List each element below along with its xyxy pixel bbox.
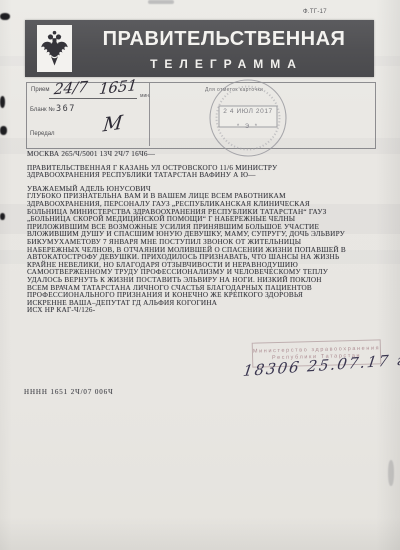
stamp-code: * Э * [207, 124, 289, 130]
scan-artifact [0, 96, 5, 108]
coat-of-arms [37, 25, 72, 72]
routing-line: МОСКВА 265/Ч/5001 13Ч 2Ч/7 16Ч6— [27, 151, 387, 159]
priem-label: Прием [31, 87, 49, 93]
address-block: ПРАВИТЕЛЬСТВЕННАЯ Г КАЗАНЬ УЛ ОСТРОВСКОГ… [27, 165, 387, 180]
telegram-text: МОСКВА 265/Ч/5001 13Ч 2Ч/7 16Ч6— ПРАВИТЕ… [27, 151, 387, 315]
form-divider [149, 83, 150, 146]
blank-number-label: Бланк № [30, 107, 55, 113]
form-code: Ф.ТГ-17 [303, 9, 327, 15]
postal-date-stamp: 2 4 ИЮЛ 2017 * Э * [207, 77, 289, 159]
peredal-label: Передал [30, 131, 55, 137]
telegram-text-line: ЗДРАВООХРАНЕНИЯ РЕСПУБЛИКИ ТАТАРСТАН ВАФ… [27, 172, 387, 180]
telegram-scan-page: Ф.ТГ-17 ПРАВИТЕЛЬСТВЕННАЯ ТЕЛЕГРАММА [0, 0, 400, 550]
handwritten-signature: М [102, 111, 124, 136]
handwritten-date: 24/7 [53, 78, 89, 99]
blank-number-value: 367 [56, 104, 76, 114]
priem-blank-line [49, 98, 137, 99]
reception-form: Прием 24/7 1651 мин. Бланк № 367 Передал… [26, 82, 376, 149]
stamp-date: 2 4 ИЮЛ 2017 [207, 108, 289, 115]
scan-artifact [0, 13, 10, 20]
body-lines: ГЛУБОКО ПРИЗНАТЕЛЬНА ВАМ И В ВАШЕМ ЛИЦЕ … [27, 193, 387, 299]
service-footer-line: НННН 1651 2Ч/07 006Ч [24, 388, 114, 396]
banner-title: ПРАВИТЕЛЬСТВЕННАЯ [80, 28, 368, 51]
scan-artifact [0, 213, 5, 220]
scan-artifact [148, 0, 174, 4]
reference-line: ИСХ НР КАГ-Ч/126- [27, 307, 387, 315]
handwritten-time: 1651 [98, 76, 138, 98]
message-block: УВАЖАЕМЫЙ АДЕЛЬ ЮНУСОВИЧ ГЛУБОКО ПРИЗНАТ… [27, 186, 387, 315]
scan-artifact [388, 460, 394, 486]
postal-stamp-ring [207, 77, 289, 159]
banner-subtitle: ТЕЛЕГРАММА [85, 57, 368, 71]
double-eagle-icon [40, 28, 69, 69]
scan-artifact [0, 126, 7, 135]
header-banner: ПРАВИТЕЛЬСТВЕННАЯ ТЕЛЕГРАММА [25, 20, 374, 77]
